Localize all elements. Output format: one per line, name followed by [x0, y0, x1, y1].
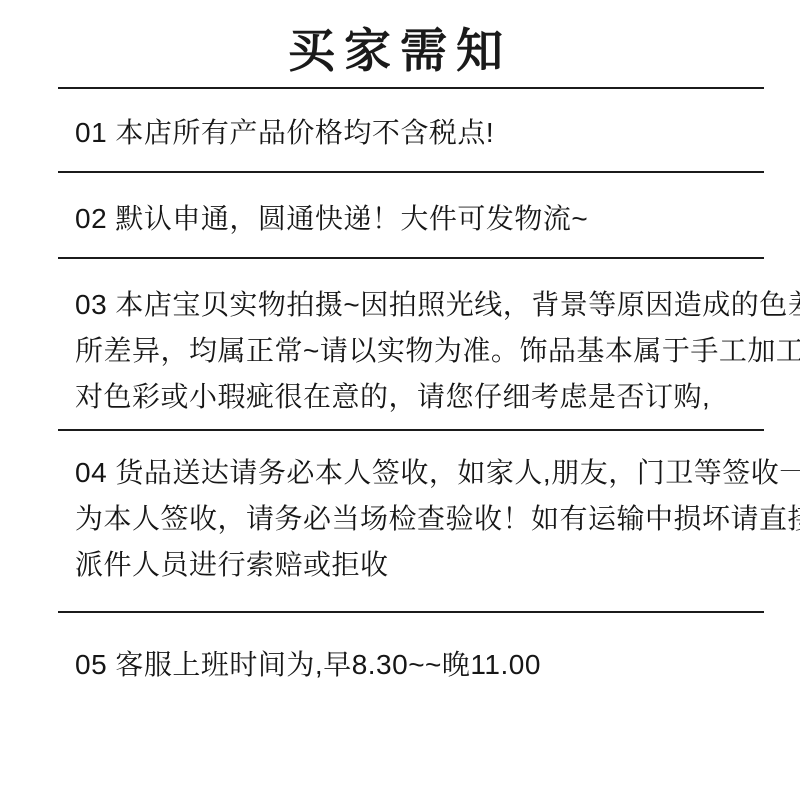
notice-item-03-line-1: 03 本店宝贝实物拍摄~因拍照光线，背景等原因造成的色差会有	[75, 288, 782, 322]
divider-below-item-04	[58, 611, 764, 613]
notice-item-05: 05 客服上班时间为,早8.30~~晚11.00	[75, 648, 782, 682]
notice-item-03-line-3: 对色彩或小瑕疵很在意的，请您仔细考虑是否订购,	[75, 380, 782, 414]
notice-item-02: 02 默认申通，圆通快递！大件可发物流~	[75, 202, 782, 236]
notice-item-01: 01 本店所有产品价格均不含税点!	[75, 116, 782, 150]
page-title: 买家需知	[0, 14, 800, 81]
divider-below-item-03	[58, 429, 764, 431]
notice-item-04-line-1: 04 货品送达请务必本人签收，如家人,朋友，门卫等签收一律视	[75, 456, 782, 490]
divider-below-item-01	[58, 171, 764, 173]
divider-below-title	[58, 87, 764, 89]
notice-item-04-line-3: 派件人员进行索赔或拒收	[75, 548, 782, 582]
notice-item-04-line-2: 为本人签收，请务必当场检查验收！如有运输中损坏请直接向	[75, 502, 782, 536]
notice-item-03-line-2: 所差异，均属正常~请以实物为准。饰品基本属于手工加工而成,	[75, 334, 782, 368]
buyer-notice-page: 买家需知 01 本店所有产品价格均不含税点! 02 默认申通，圆通快递！大件可发…	[0, 0, 800, 800]
divider-below-item-02	[58, 257, 764, 259]
